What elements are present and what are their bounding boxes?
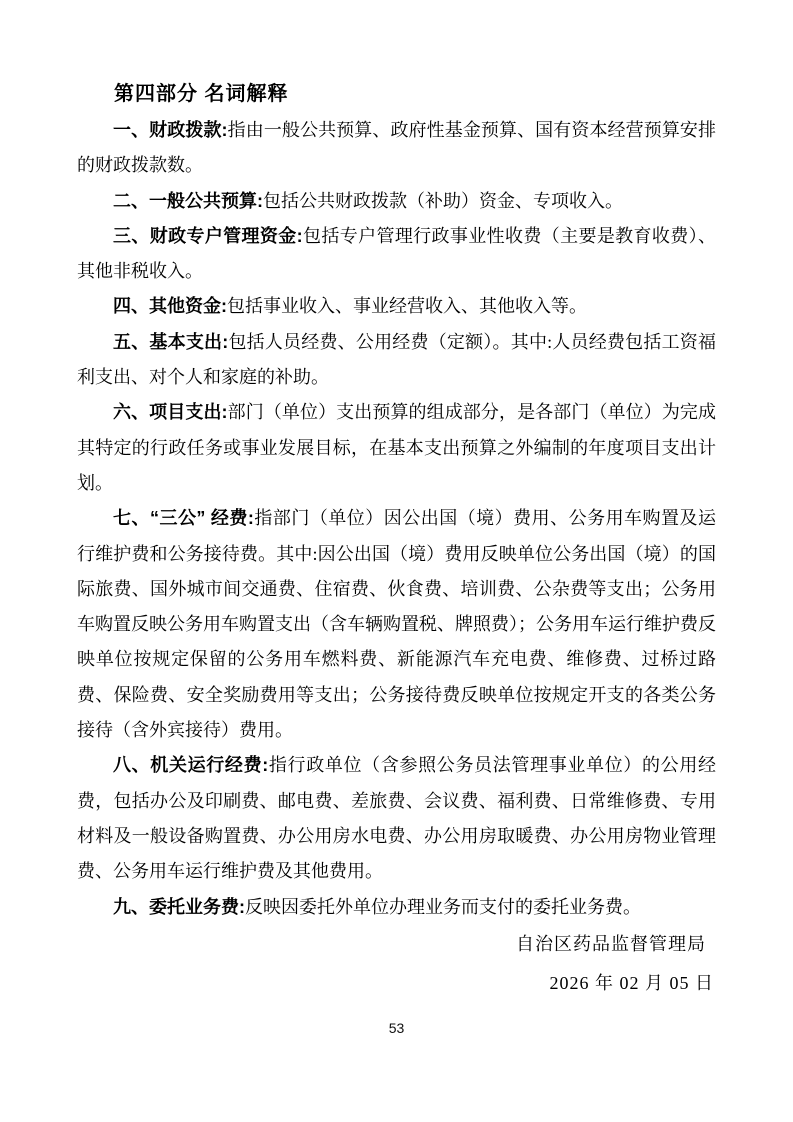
term-label-5: 五、基本支出: [113, 332, 228, 352]
term-definition-4: 包括事业收入、事业经营收入、其他收入等。 [227, 296, 587, 316]
document-page: 第四部分 名词解释 一、财政拨款:指由一般公共预算、政府性基金预算、国有资本经营… [0, 0, 793, 1122]
page-number: 53 [0, 1020, 793, 1036]
term-label-6: 六、项目支出: [113, 402, 228, 422]
term-label-8: 八、机关运行经费: [113, 755, 268, 775]
signature-agency: 自治区药品监督管理局 [77, 925, 716, 964]
term-label-7: 七、“三公” 经费: [113, 508, 254, 528]
signature-date: 2026 年 02 月 05 日 [77, 964, 716, 1003]
term-definition-2: 包括公共财政拨款（补助）资金、专项收入。 [263, 191, 623, 211]
term-paragraph-4: 四、其他资金:包括事业收入、事业经营收入、其他收入等。 [77, 289, 716, 324]
section-title: 第四部分 名词解释 [77, 76, 716, 113]
term-paragraph-7: 七、“三公” 经费:指部门（单位）因公出国（境）费用、公务用车购置及运行维护费和… [77, 501, 716, 748]
term-paragraph-8: 八、机关运行经费:指行政单位（含参照公务员法管理事业单位）的公用经费，包括办公及… [77, 748, 716, 889]
term-definition-7: 指部门（单位）因公出国（境）费用、公务用车购置及运行维护费和公务接待费。其中:因… [77, 508, 716, 740]
term-label-4: 四、其他资金: [113, 296, 227, 316]
term-paragraph-6: 六、项目支出:部门（单位）支出预算的组成部分，是各部门（单位）为完成其特定的行政… [77, 395, 716, 501]
term-paragraph-2: 二、一般公共预算:包括公共财政拨款（补助）资金、专项收入。 [77, 184, 716, 219]
term-label-2: 二、一般公共预算: [113, 191, 263, 211]
term-paragraph-1: 一、财政拨款:指由一般公共预算、政府性基金预算、国有资本经营预算安排的财政拨款数… [77, 113, 716, 184]
term-definition-9: 反映因委托外单位办理业务而支付的委托业务费。 [245, 897, 641, 917]
term-paragraph-3: 三、财政专户管理资金:包括专户管理行政事业性收费（主要是教育收费）、其他非税收入… [77, 219, 716, 290]
term-paragraph-5: 五、基本支出:包括人员经费、公用经费（定额）。其中:人员经费包括工资福利支出、对… [77, 325, 716, 396]
term-label-3: 三、财政专户管理资金: [113, 226, 303, 246]
term-label-1: 一、财政拨款: [113, 120, 228, 140]
term-paragraph-9: 九、委托业务费:反映因委托外单位办理业务而支付的委托业务费。 [77, 890, 716, 925]
term-label-9: 九、委托业务费: [113, 897, 245, 917]
